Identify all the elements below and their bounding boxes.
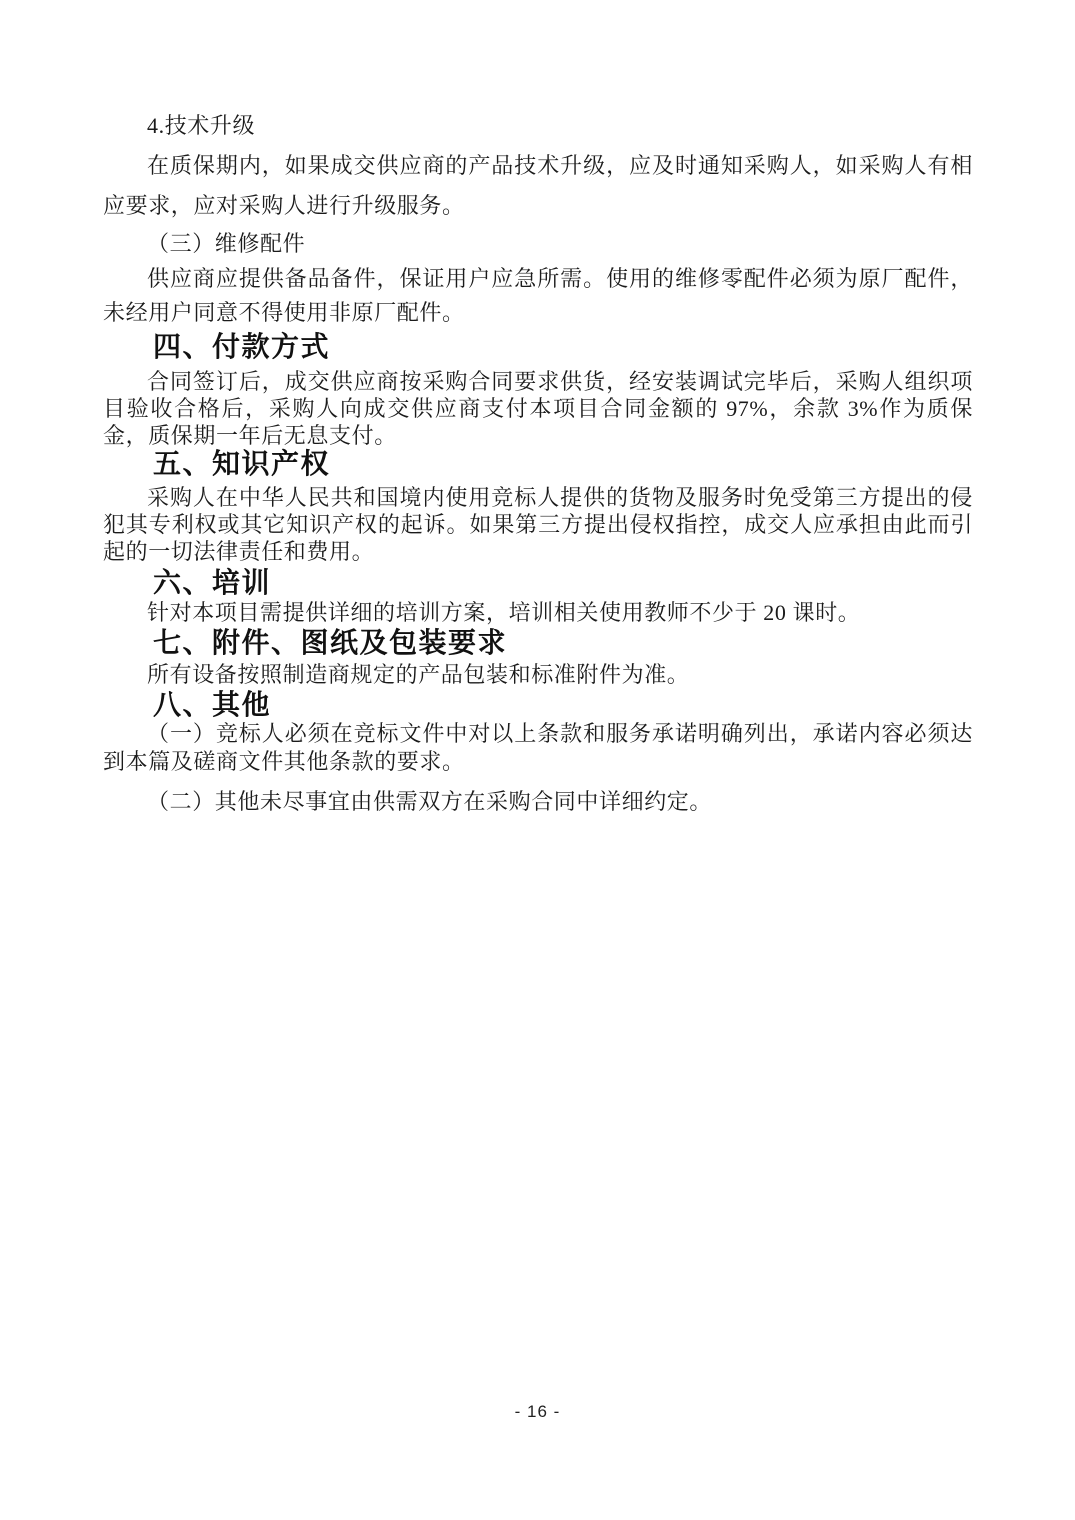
paragraph-others-item-2: （二）其他未尽事宜由供需双方在采购合同中详细约定。 xyxy=(103,788,973,816)
paragraph-tech-upgrade-body: 在质保期内，如果成交供应商的产品技术升级，应及时通知采购人，如采购人有相应要求，… xyxy=(103,146,973,226)
heading-intellectual-property: 五、知识产权 xyxy=(103,449,973,479)
paragraph-training-body: 针对本项目需提供详细的培训方案，培训相关使用教师不少于 20 课时。 xyxy=(103,598,973,628)
heading-payment-method: 四、付款方式 xyxy=(103,332,973,362)
document-content: 4.技术升级 在质保期内，如果成交供应商的产品技术升级，应及时通知采购人，如采购… xyxy=(103,106,973,816)
page-number: - 16 - xyxy=(0,1402,1075,1422)
paragraph-others-item-1: （一）竞标人必须在竞标文件中对以上条款和服务承诺明确列出，承诺内容必须达到本篇及… xyxy=(103,720,973,776)
document-page: 4.技术升级 在质保期内，如果成交供应商的产品技术升级，应及时通知采购人，如采购… xyxy=(0,0,1075,1520)
paragraph-attachments-packaging-body: 所有设备按照制造商规定的产品包装和标准附件为准。 xyxy=(103,660,973,690)
paragraph-repair-parts-title: （三）维修配件 xyxy=(103,226,973,262)
heading-training: 六、培训 xyxy=(103,568,973,598)
heading-attachments-packaging: 七、附件、图纸及包装要求 xyxy=(103,628,973,658)
paragraph-repair-parts-body: 供应商应提供备品备件，保证用户应急所需。使用的维修零配件必须为原厂配件，未经用户… xyxy=(103,262,973,330)
paragraph-intellectual-property-body: 采购人在中华人民共和国境内使用竞标人提供的货物及服务时免受第三方提出的侵犯其专利… xyxy=(103,484,973,565)
paragraph-payment-method-body: 合同签订后，成交供应商按采购合同要求供货，经安装调试完毕后，采购人组织项目验收合… xyxy=(103,368,973,449)
heading-others: 八、其他 xyxy=(103,690,973,720)
paragraph-tech-upgrade-title: 4.技术升级 xyxy=(103,106,973,146)
